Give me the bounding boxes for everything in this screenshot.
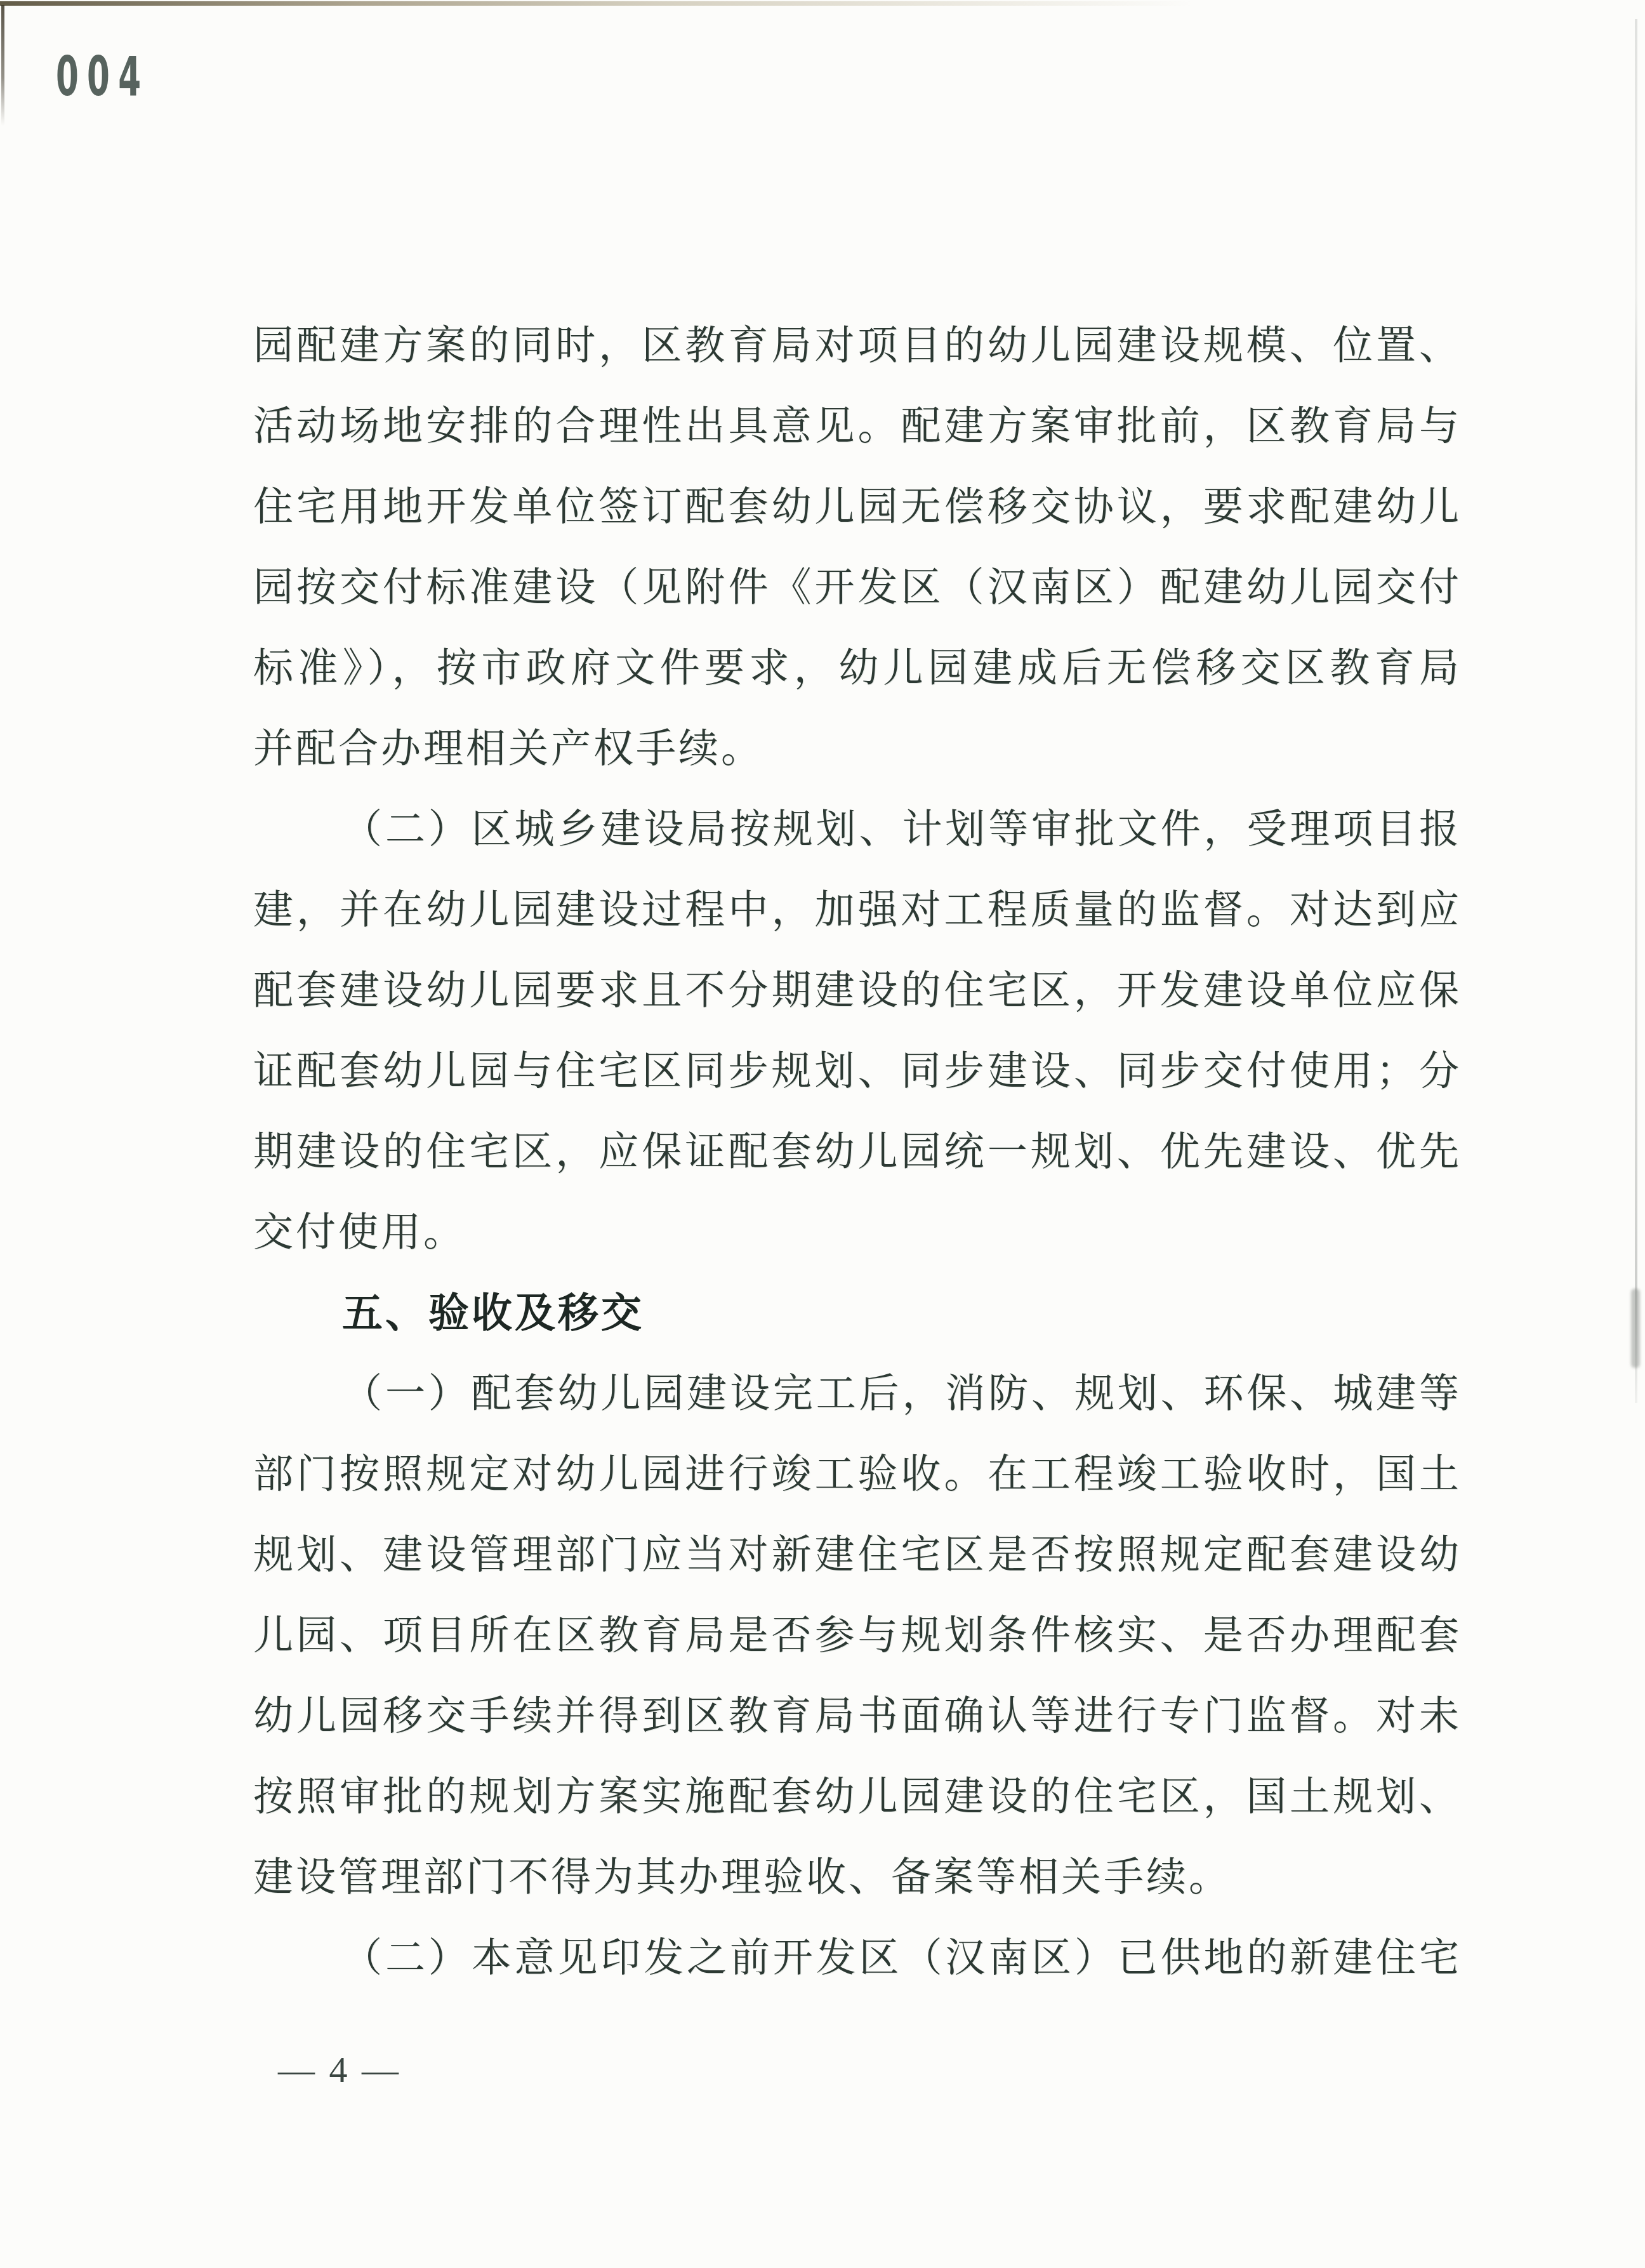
page-stamp: 004 (56, 50, 149, 104)
scan-artifact-right-line (1635, 19, 1637, 1403)
text-line: 建设管理部门不得为其办理验收、备案等相关手续。 (253, 1837, 1462, 1918)
page-number: — 4 — (278, 2052, 401, 2088)
document-body: 园配建方案的同时，区教育局对项目的幼儿园建设规模、位置、 活动场地安排的合理性出… (253, 305, 1462, 1998)
text-line: 配套建设幼儿园要求且不分期建设的住宅区，开发建设单位应保 (253, 950, 1462, 1031)
text-line: 按照审批的规划方案实施配套幼儿园建设的住宅区，国土规划、 (253, 1756, 1462, 1837)
scan-edge-top (0, 1, 1193, 6)
text-line: （二）本意见印发之前开发区（汉南区）已供地的新建住宅 (253, 1918, 1462, 1998)
text-line: 建，并在幼儿园建设过程中，加强对工程质量的监督。对达到应 (253, 870, 1462, 950)
text-line: 交付使用。 (253, 1192, 1462, 1273)
section-heading: 五、验收及移交 (253, 1273, 1462, 1353)
text-line: 部门按照规定对幼儿园进行竣工验收。在工程竣工验收时，国土 (253, 1434, 1462, 1515)
text-line: （二）区城乡建设局按规划、计划等审批文件，受理项目报 (253, 789, 1462, 870)
text-line: 活动场地安排的合理性出具意见。配建方案审批前，区教育局与 (253, 386, 1462, 467)
text-line: 并配合办理相关产权手续。 (253, 708, 1462, 789)
document-page: 004 园配建方案的同时，区教育局对项目的幼儿园建设规模、位置、 活动场地安排的… (0, 0, 1645, 2268)
text-line: 园按交付标准建设（见附件《开发区（汉南区）配建幼儿园交付 (253, 547, 1462, 628)
scan-edge-left (1, 5, 4, 126)
text-line: 规划、建设管理部门应当对新建住宅区是否按照规定配套建设幼 (253, 1515, 1462, 1595)
text-line: 幼儿园移交手续并得到区教育局书面确认等进行专门监督。对未 (253, 1676, 1462, 1756)
text-line: （一）配套幼儿园建设完工后，消防、规划、环保、城建等 (253, 1353, 1462, 1434)
text-line: 证配套幼儿园与住宅区同步规划、同步建设、同步交付使用；分 (253, 1031, 1462, 1111)
text-line: 住宅用地开发单位签订配套幼儿园无偿移交协议，要求配建幼儿 (253, 467, 1462, 547)
scan-artifact-right-smudge (1631, 1289, 1640, 1368)
text-line: 儿园、项目所在区教育局是否参与规划条件核实、是否办理配套 (253, 1595, 1462, 1676)
text-line: 标准》），按市政府文件要求，幼儿园建成后无偿移交区教育局 (253, 628, 1462, 708)
text-line: 期建设的住宅区，应保证配套幼儿园统一规划、优先建设、优先 (253, 1111, 1462, 1192)
text-line: 园配建方案的同时，区教育局对项目的幼儿园建设规模、位置、 (253, 305, 1462, 386)
